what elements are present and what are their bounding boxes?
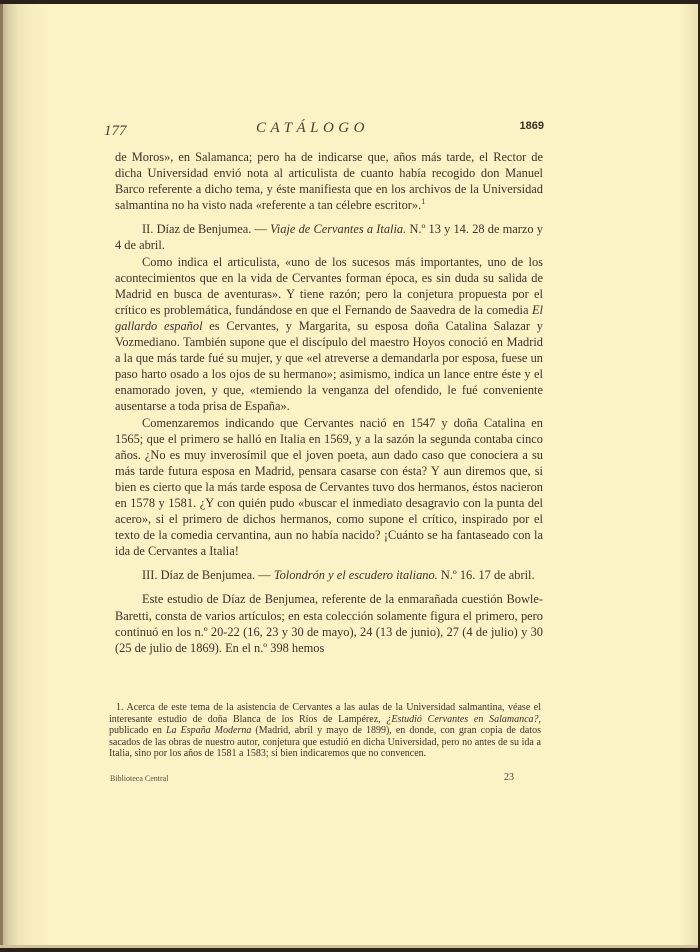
paragraph: Como indica el articulista, «uno de los … [115,254,543,415]
running-head-title: CATÁLOGO [256,120,369,137]
page-foot: Biblioteca Central 23 [110,774,514,786]
entry-author: Díaz de Benjumea. — [157,222,267,236]
entry-number: II. [142,222,153,236]
library-signature: Biblioteca Central [110,774,168,783]
footnote-reference: 1 [421,197,425,206]
entry-date: 17 de abril. [478,568,534,582]
footnote: 1. Acerca de este tema de la asistencia … [109,702,541,760]
folio-number: 177 [104,123,127,140]
entry-title: Tolondrón y el escudero italiano. [274,568,438,582]
paragraph-continuation: de Moros», en Salamanca; pero ha de indi… [115,149,543,213]
cited-journal-title: La España Moderna [166,725,251,736]
scanned-page: 177 CATÁLOGO 1869 de Moros», en Salamanc… [0,4,698,948]
sheet-number: 23 [504,772,514,783]
running-head: 177 CATÁLOGO 1869 [104,120,544,140]
page-binding-edge [0,4,3,948]
page-bottom-edge [0,945,698,948]
paragraph: Comenzaremos indicando que Cervantes nac… [115,415,543,560]
paragraph: Este estudio de Díaz de Benjumea, refere… [115,591,543,655]
entry-issue: N.º 16. [441,568,475,582]
body-text: de Moros», en Salamanca; pero ha de indi… [115,149,543,656]
footnote-marker: 1. [116,702,124,713]
entry-number: III. [142,568,157,582]
entry-author: Díaz de Benjumea. — [161,568,271,582]
catalog-entry-2: II. Díaz de Benjumea. — Viaje de Cervant… [115,221,543,253]
cited-work-title: ¿Estudió Cervantes en Salamanca? [386,714,538,725]
entry-title: Viaje de Cervantes a Italia. [270,222,406,236]
entry-issue: N.º 13 y 14. [409,222,469,236]
catalog-entry-3: III. Díaz de Benjumea. — Tolondrón y el … [115,567,543,583]
running-head-year: 1869 [520,120,544,132]
